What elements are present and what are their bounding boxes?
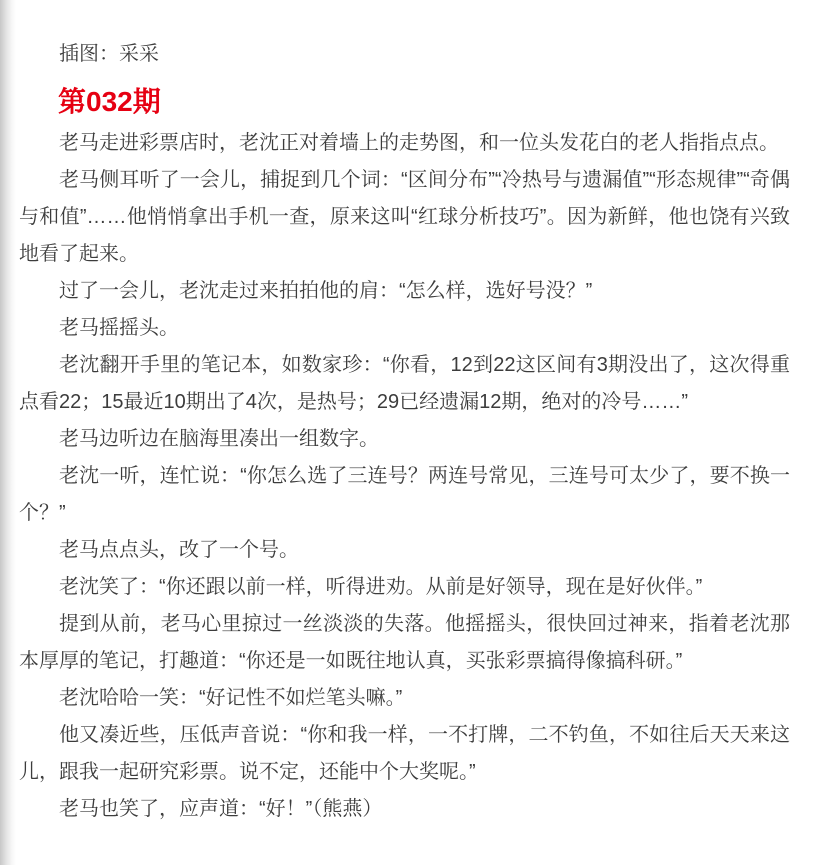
story-paragraph: 老马走进彩票店时，老沈正对着墙上的走势图，和一位头发花白的老人指指点点。	[19, 125, 790, 162]
illustration-credit: 插图：采采	[19, 36, 790, 73]
story-paragraph: 老沈笑了：“你还跟以前一样，听得进劝。从前是好领导，现在是好伙伴。”	[19, 569, 790, 606]
story-paragraph: 老马侧耳听了一会儿，捕捉到几个词：“区间分布”“冷热号与遗漏值”“形态规律”“奇…	[19, 162, 790, 273]
story-paragraph: 他又凑近些，压低声音说：“你和我一样，一不打牌，二不钓鱼，不如往后天天来这儿，跟…	[19, 717, 790, 791]
story-paragraph: 老沈哈哈一笑：“好记性不如烂笔头嘛。”	[19, 680, 790, 717]
story-paragraph: 老沈一听，连忙说：“你怎么选了三连号？两连号常见，三连号可太少了，要不换一个？”	[19, 458, 790, 532]
story-paragraph: 提到从前，老马心里掠过一丝淡淡的失落。他摇摇头，很快回过神来，指着老沈那本厚厚的…	[19, 606, 790, 680]
story-paragraph: 老马点点头，改了一个号。	[19, 532, 790, 569]
article-page: 插图：采采 第032期 老马走进彩票店时，老沈正对着墙上的走势图，和一位头发花白…	[0, 0, 820, 865]
story-paragraph: 老马摇摇头。	[19, 310, 790, 347]
article-content: 插图：采采 第032期 老马走进彩票店时，老沈正对着墙上的走势图，和一位头发花白…	[0, 0, 820, 858]
story-paragraph: 过了一会儿，老沈走过来拍拍他的肩：“怎么样，选好号没？”	[19, 273, 790, 310]
issue-heading: 第032期	[19, 85, 790, 119]
story-paragraph: 老沈翻开手里的笔记本，如数家珍：“你看，12到22这区间有3期没出了，这次得重点…	[19, 347, 790, 421]
story-paragraph: 老马边听边在脑海里凑出一组数字。	[19, 421, 790, 458]
story-paragraph: 老马也笑了，应声道：“好！”（熊燕）	[19, 791, 790, 828]
